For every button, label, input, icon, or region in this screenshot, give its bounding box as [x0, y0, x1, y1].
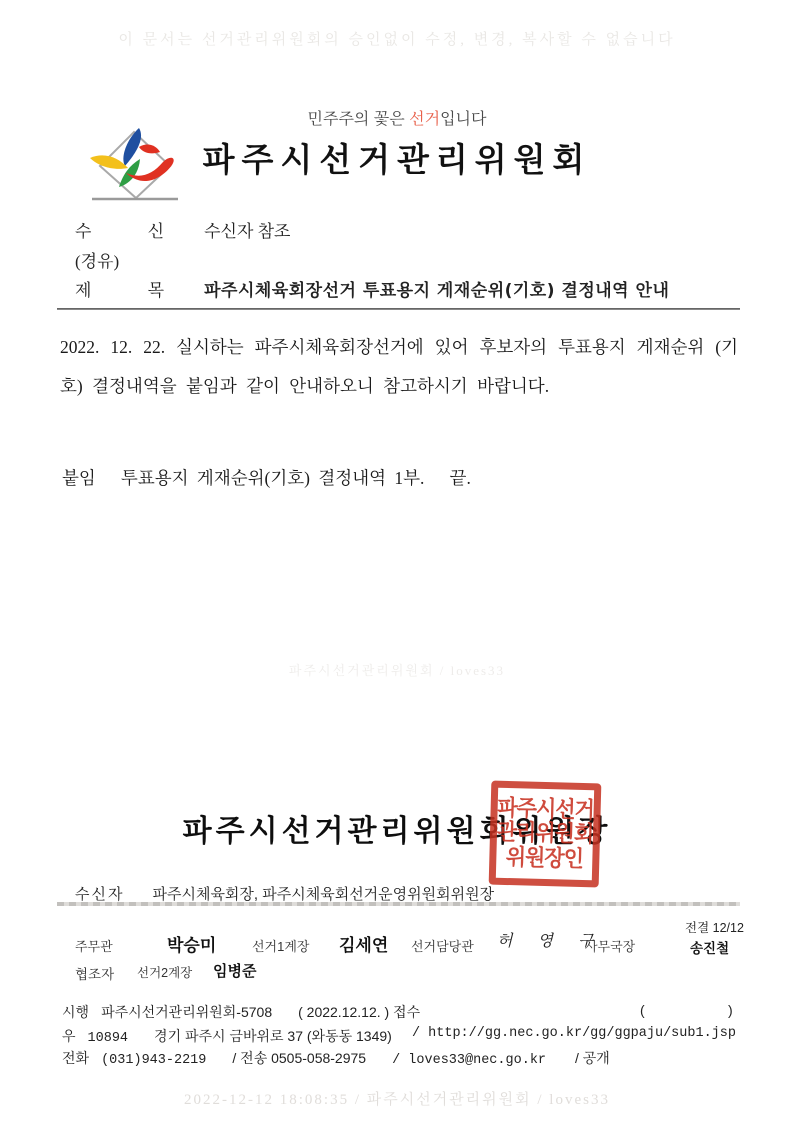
approver-role: 사무국장 [585, 936, 635, 955]
official-red-seal: 파주시선거 관리위원회 위원장인 [489, 781, 602, 888]
jeongyeol-note: 전결 12/12 [685, 918, 744, 936]
recipients-value: 파주시체육회장, 파주시체육회선거운영위원회위원장 [152, 886, 494, 903]
approver-role: 주무관 [75, 936, 113, 955]
dispatch-date: ( 2022.12.12. ) 접수 [298, 1004, 420, 1020]
seal-text-row: 위원장인 [505, 845, 583, 872]
recipient-value: 수신자 참조 [204, 222, 290, 241]
approver-role: 선거담당관 [411, 936, 474, 955]
disclosure-status: / 공개 [575, 1048, 610, 1068]
recipient-row: 수 신수신자 참조 [75, 217, 290, 242]
approver-name: 박승미 [167, 931, 216, 956]
street-address: 경기 파주시 금바위로 37 (와동동 1349) [154, 1028, 392, 1044]
tel-number: (031)943-2219 [101, 1053, 206, 1068]
zip-label: 우 [62, 1028, 76, 1044]
document-page: 이 문서는 선거관리위원회의 승인없이 수정, 변경, 복사할 수 없습니다 파… [0, 0, 794, 1122]
top-copy-protection-watermark: 이 문서는 선거관리위원회의 승인없이 수정, 변경, 복사할 수 없습니다 [0, 28, 794, 49]
slogan-suffix: 입니다 [440, 111, 486, 128]
via-row: (경유) [75, 247, 119, 272]
approver-name: 김세연 [339, 931, 388, 956]
zip-code: 10894 [88, 1031, 129, 1046]
approval-divider-line [57, 902, 740, 906]
approver-role: 선거1계장 [252, 936, 309, 955]
fax-number: / 전송 0505-058-2975 [232, 1050, 366, 1066]
subject-label: 제 목 [75, 276, 190, 301]
subject-row: 제 목파주시체육회장선거 투표용지 게재순위(기호) 결정내역 안내 [75, 276, 669, 301]
recipient-label: 수 신 [75, 217, 190, 242]
receipt-paren-close: ) [728, 1002, 733, 1018]
signer-title: 파주시선거관리위원회위원장 [0, 806, 794, 850]
approval-row-2: 협조자 선거2계장 임병준 [57, 958, 757, 984]
cooperator-name: 임병준 [213, 960, 256, 981]
approval-row-1: 주무관 박승미 선거1계장 김세연 선거담당관 허 영 구 사무국장 전결 12… [57, 918, 757, 960]
recipients-line: 수신자파주시체육회장, 파주시체육회선거운영위원회위원장 [75, 883, 494, 904]
recipients-label: 수신자 [75, 886, 124, 903]
dispatch-label: 시행 [62, 1004, 89, 1020]
slogan-prefix: 민주주의 꽃은 [308, 111, 410, 128]
dispatch-line: 시행파주시선거관리위원회-5708( 2022.12.12. ) 접수 ( ) [62, 1002, 738, 1022]
website-url: / http://gg.nec.go.kr/gg/ggpaju/sub1.jsp [412, 1026, 736, 1041]
jeongyeol-name: 송진철 [690, 937, 729, 957]
slogan-highlight: 선거 [409, 111, 440, 128]
subject-divider-line [57, 308, 740, 310]
cooperator-label: 협조자 [75, 963, 114, 983]
seal-border: 파주시선거 관리위원회 위원장인 [489, 781, 602, 888]
receipt-paren-open: ( [640, 1002, 645, 1018]
bottom-timestamp-watermark: 2022-12-12 18:08:35 / 파주시선거관리위원회 / loves… [0, 1088, 794, 1109]
election-commission-logo-icon [82, 120, 186, 208]
contact-line: 전화(031)943-2219/ 전송 0505-058-2975/ loves… [62, 1048, 738, 1068]
dispatch-doc-number: 파주시선거관리위원회-5708 [101, 1004, 272, 1020]
attachment-line: 붙임 투표용지 게재순위(기호) 결정내역 1부. 끝. [62, 465, 471, 490]
address-line: 우10894경기 파주시 금바위로 37 (와동동 1349) / http:/… [62, 1026, 738, 1046]
email-address: / loves33@nec.go.kr [392, 1053, 546, 1068]
cooperator-role: 선거2계장 [137, 963, 192, 981]
subject-value: 파주시체육회장선거 투표용지 게재순위(기호) 결정내역 안내 [204, 281, 669, 301]
middle-org-watermark: 파주시선거관리위원회 / loves33 [0, 660, 794, 679]
body-paragraph: 2022. 12. 22. 실시하는 파주시체육회장선거에 있어 후보자의 투표… [60, 328, 738, 407]
via-label: (경유) [75, 252, 119, 271]
tel-label: 전화 [62, 1050, 89, 1066]
